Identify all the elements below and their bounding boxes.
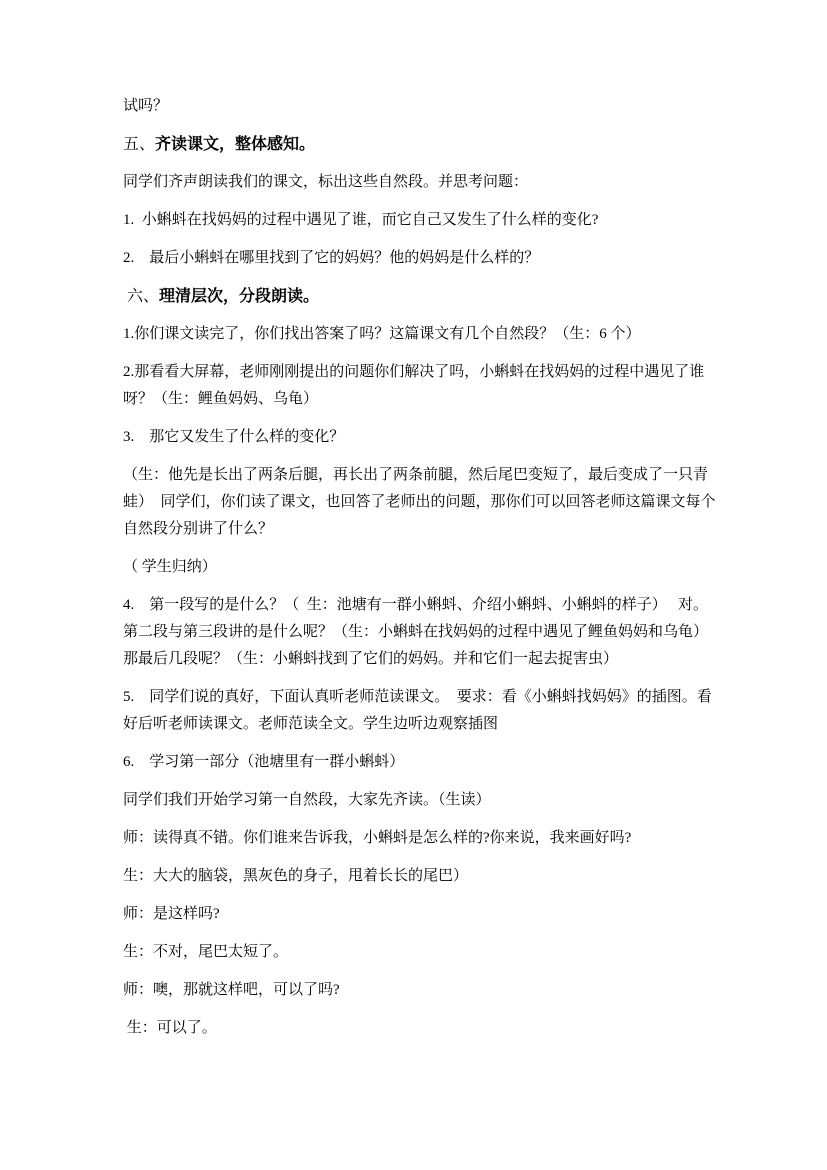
dialogue-student-1: 生：大大的脑袋，黑灰色的身子，甩着长长的尾巴） <box>123 863 787 890</box>
dialogue-teacher-1: 师：读得真不错。你们谁来告诉我，小蝌蚪是怎么样的?你来说，我来画好吗? <box>123 825 787 852</box>
section-six-title: 理清层次，分段朗读。 <box>159 288 319 305</box>
section-heading-five: 五、齐读课文，整体感知。 <box>123 131 787 158</box>
student-summary-note: （ 学生归纳） <box>123 554 787 581</box>
dialogue-teacher-3: 师：噢，那就这样吧，可以了吗? <box>123 977 787 1004</box>
step-item-3: 3. 那它又发生了什么样的变化？ <box>123 424 787 451</box>
step-item-2: 2.那看看大屏幕，老师刚刚提出的问题你们解决了吗，小蝌蚪在找妈妈的过程中遇见了谁… <box>123 359 787 413</box>
step-item-5: 5. 同学们说的真好，下面认真听老师范读课文。 要求：看《小蝌蚪找妈妈》的插图。… <box>123 684 787 738</box>
step-item-1: 1.你们课文读完了，你们找出答案了吗？这篇课文有几个自然段？（生：6 个） <box>123 321 787 348</box>
carryover-line: 试吗？ <box>123 93 787 120</box>
transition-line: 同学们我们开始学习第一自然段，大家先齐读。（生读） <box>123 787 787 814</box>
section-five-title: 齐读课文，整体感知。 <box>155 136 315 153</box>
dialogue-student-2: 生：不对，尾巴太短了。 <box>123 939 787 966</box>
question-item-1: 1. 小蝌蚪在找妈妈的过程中遇见了谁，而它自己又发生了什么样的变化? <box>123 207 787 234</box>
question-item-2: 2. 最后小蝌蚪在哪里找到了它的妈妈？他的妈妈是什么样的？ <box>123 245 787 272</box>
step-item-4: 4. 第一段写的是什么？（ 生：池塘有一群小蝌蚪、介绍小蝌蚪、小蝌蚪的样子） 对… <box>123 592 787 673</box>
document-page: 试吗？ 五、齐读课文，整体感知。 同学们齐声朗读我们的课文，标出这些自然段。并思… <box>0 0 827 1170</box>
section-six-number: 六、 <box>123 288 159 305</box>
section-five-number: 五、 <box>123 136 155 153</box>
section-heading-six: 六、理清层次，分段朗读。 <box>123 283 787 310</box>
dialogue-student-3: 生：可以了。 <box>123 1015 787 1042</box>
intro-line: 同学们齐声朗读我们的课文，标出这些自然段。并思考问题： <box>123 169 787 196</box>
student-answer-paragraph: （生：他先是长出了两条后腿，再长出了两条前腿，然后尾巴变短了，最后变成了一只青 … <box>123 462 787 543</box>
dialogue-teacher-2: 师：是这样吗? <box>123 901 787 928</box>
step-item-6: 6. 学习第一部分（池塘里有一群小蝌蚪） <box>123 749 787 776</box>
